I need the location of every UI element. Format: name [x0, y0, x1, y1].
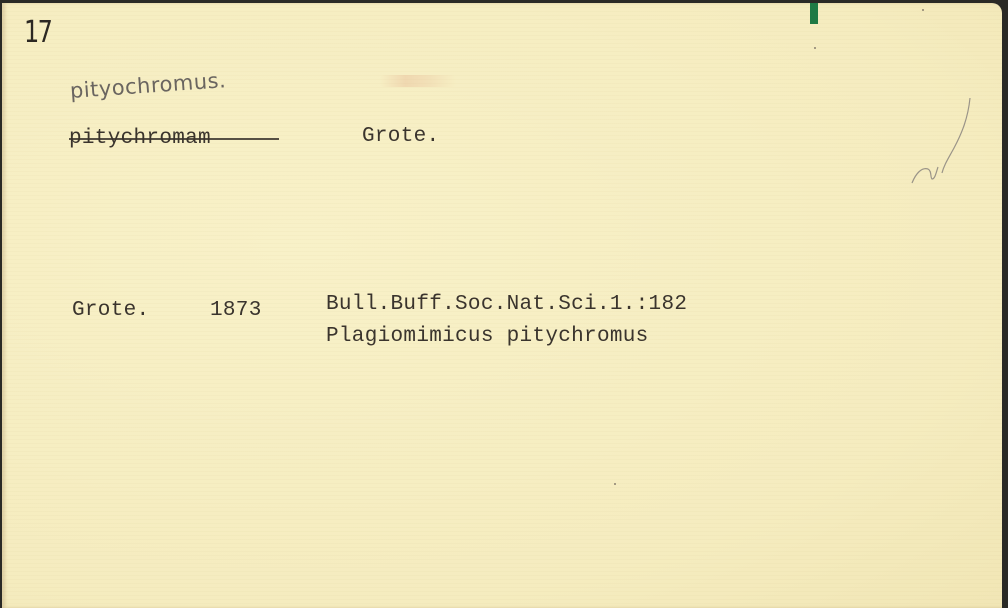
index-card: 17 pityochromus. pitychromam Grote. Grot…	[2, 3, 1002, 608]
green-tab-marker	[810, 3, 818, 24]
handwritten-correction: pityochromus.	[69, 68, 227, 103]
card-number: 17	[24, 15, 51, 50]
paper-speck	[814, 47, 816, 49]
original-combination: Plagiomimicus pitychromus	[326, 325, 649, 348]
citation-reference: Bull.Buff.Soc.Nat.Sci.1.:182	[326, 293, 687, 316]
pencil-check-mark-icon	[902, 93, 982, 193]
strikethrough-line	[69, 138, 279, 140]
faded-stamp	[380, 75, 456, 87]
species-author: Grote.	[362, 125, 439, 148]
paper-speck	[614, 483, 616, 485]
citation-year: 1873	[210, 299, 262, 322]
citation-author: Grote.	[72, 299, 149, 322]
paper-speck	[922, 9, 924, 11]
